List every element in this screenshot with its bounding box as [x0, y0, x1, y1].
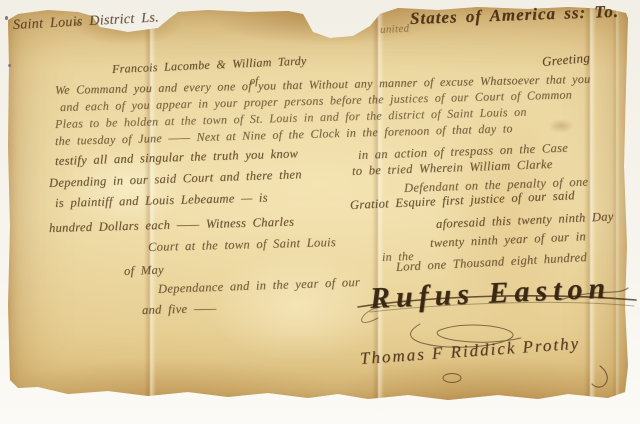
ink-speck: [8, 64, 11, 67]
fold-crease-right: [584, 6, 596, 402]
fold-crease-center: [372, 6, 384, 402]
ink-speck: [5, 16, 8, 20]
fold-crease-left: [144, 6, 156, 402]
fold-crease-right-edge: [612, 6, 620, 402]
scan-background: Saint Louis District Ls.unitedStates of …: [0, 0, 640, 424]
tear-shadow: [74, 22, 80, 25]
